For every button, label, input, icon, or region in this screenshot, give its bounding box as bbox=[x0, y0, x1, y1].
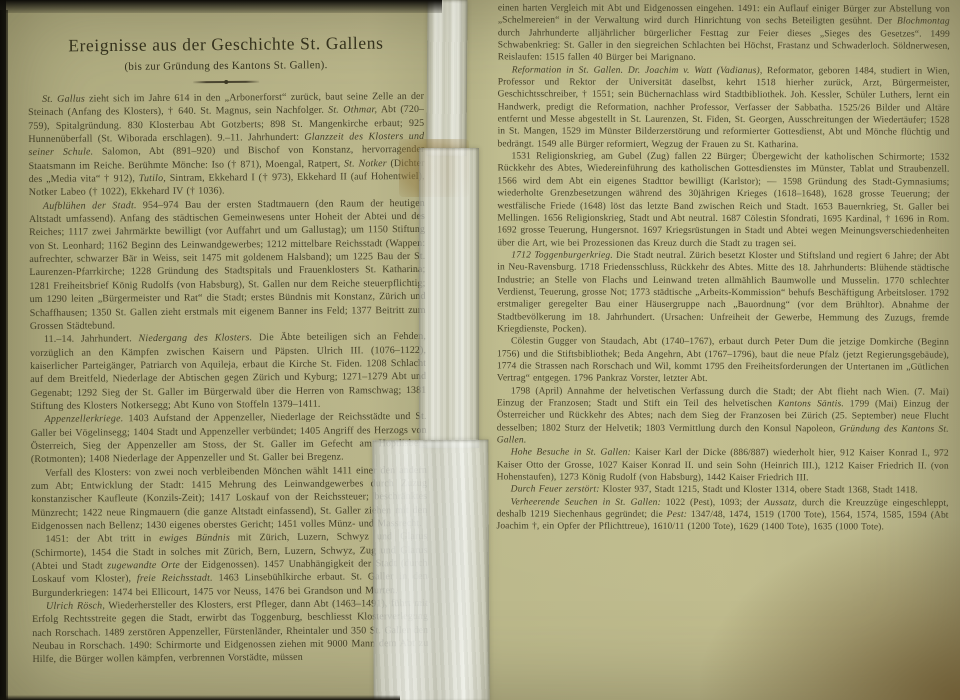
paragraph: Appenzellerkriege. 1403 Aufstand der App… bbox=[31, 410, 427, 466]
italic-text-segment: Aussatz, bbox=[764, 498, 797, 508]
paragraph: Ulrich Rösch, Wiederhersteller des Klost… bbox=[32, 597, 429, 667]
text-segment: Verfall des Klosters: von zwei noch verb… bbox=[31, 465, 427, 532]
page-seam bbox=[459, 0, 462, 440]
text-segment: durch Jahrhunderte alljährlicher bürgerl… bbox=[498, 28, 950, 63]
italic-text-segment: Pest: bbox=[667, 510, 688, 520]
italic-text-segment: Durch Feuer zerstört: bbox=[511, 485, 600, 495]
paragraph: St. Gallus zieht sich im Jahre 614 in de… bbox=[28, 90, 425, 200]
italic-text-segment: Blochmontag bbox=[897, 17, 950, 27]
italic-text-segment: 1712 Toggenburgerkrieg. bbox=[511, 250, 613, 260]
scan-edge-bottom bbox=[0, 695, 400, 700]
italic-text-segment: freie Reichsstadt. bbox=[137, 573, 213, 585]
text-segment: 11.–14. Jahrhundert. bbox=[44, 333, 139, 345]
text-segment: Die Stadt neutral. Zürich besetzt Kloste… bbox=[497, 251, 949, 335]
text-segment: 1451: der Abt tritt in bbox=[45, 533, 159, 545]
page-title: Ereignisse aus der Geschichte St. Gallen… bbox=[28, 32, 424, 56]
paragraph: 1798 (April) Annahme der helvetischen Ve… bbox=[497, 385, 949, 448]
italic-text-segment: Appenzellerkriege. bbox=[45, 414, 124, 426]
left-text-column: St. Gallus zieht sich im Jahre 614 in de… bbox=[28, 90, 429, 697]
italic-text-segment: Reformation in St. Gallen. Dr. Joachim v… bbox=[512, 65, 763, 76]
italic-text-segment: zugewandte Orte bbox=[107, 560, 180, 572]
italic-text-segment: Aufblühen der Stadt. bbox=[43, 200, 137, 212]
text-segment: 1531 Religionskrieg, am Gubel (Zug) fall… bbox=[497, 152, 949, 249]
scanned-book-page: Ereignisse aus der Geschichte St. Gallen… bbox=[0, 0, 960, 700]
text-segment: Kloster 937, Stadt 1215, Stadt und Klost… bbox=[600, 485, 918, 496]
paragraph: Verfall des Klosters: von zwei noch verb… bbox=[31, 464, 428, 534]
italic-text-segment: St. Notker bbox=[344, 158, 387, 169]
paragraph: einen harten Vergleich mit Abt und Eidge… bbox=[498, 2, 950, 65]
italic-text-segment: Tutilo, bbox=[139, 173, 166, 184]
text-segment: 1022 (Pest), 1093; der bbox=[661, 498, 764, 508]
text-segment: 954–974 Bau der ersten Stadtmauern (den … bbox=[29, 198, 426, 332]
divider-dot bbox=[224, 80, 228, 84]
text-segment: Reformator, geboren 1484, studiert in Wi… bbox=[498, 66, 950, 150]
italic-text-segment: Hohe Besuche in St. Gallen: bbox=[511, 448, 631, 458]
scan-edge-top bbox=[0, 0, 442, 13]
scan-edge-left bbox=[0, 10, 8, 700]
paragraph: 1712 Toggenburgerkrieg. Die Stadt neutra… bbox=[497, 249, 949, 337]
paragraph: Cölestin Gugger von Staudach, Abt (1740–… bbox=[497, 336, 949, 387]
italic-text-segment: Verheerende Seuchen in St. Gallen: bbox=[511, 497, 661, 507]
paragraph: Aufblühen der Stadt. 954–974 Bau der ers… bbox=[29, 197, 426, 334]
paragraph: Reformation in St. Gallen. Dr. Joachim v… bbox=[498, 64, 950, 152]
italic-text-segment: Niedergang des Klosters. bbox=[138, 332, 252, 344]
italic-text-segment: Ulrich Rösch, bbox=[46, 600, 105, 611]
italic-text-segment: St. Gallus bbox=[42, 94, 85, 105]
italic-text-segment: ewiges Bündnis bbox=[159, 533, 230, 545]
text-segment: einen harten Vergleich mit Abt und Eidge… bbox=[498, 3, 950, 26]
paragraph: Hohe Besuche in St. Gallen: Kaiser Karl … bbox=[497, 447, 949, 485]
paragraph: 1531 Religionskrieg, am Gubel (Zug) fall… bbox=[497, 151, 949, 251]
paragraph: Durch Feuer zerstört: Kloster 937, Stadt… bbox=[497, 484, 949, 498]
paragraph: Verheerende Seuchen in St. Gallen: 1022 … bbox=[497, 496, 949, 534]
italic-text-segment: St. Othmar, bbox=[328, 105, 377, 116]
paragraph: 11.–14. Jahrhundert. Niedergang des Klos… bbox=[30, 330, 427, 413]
paragraph: 1451: der Abt tritt in ewiges Bündnis mi… bbox=[31, 530, 428, 600]
italic-text-segment: Kantons Säntis. bbox=[778, 399, 844, 409]
page-subtitle: (bis zur Gründung des Kantons St. Gallen… bbox=[28, 58, 424, 73]
right-text-column: einen harten Vergleich mit Abt und Eidge… bbox=[496, 2, 950, 697]
page-header: Ereignisse aus der Geschichte St. Gallen… bbox=[28, 32, 424, 84]
text-segment: Cölestin Gugger von Staudach, Abt (1740–… bbox=[497, 337, 949, 385]
